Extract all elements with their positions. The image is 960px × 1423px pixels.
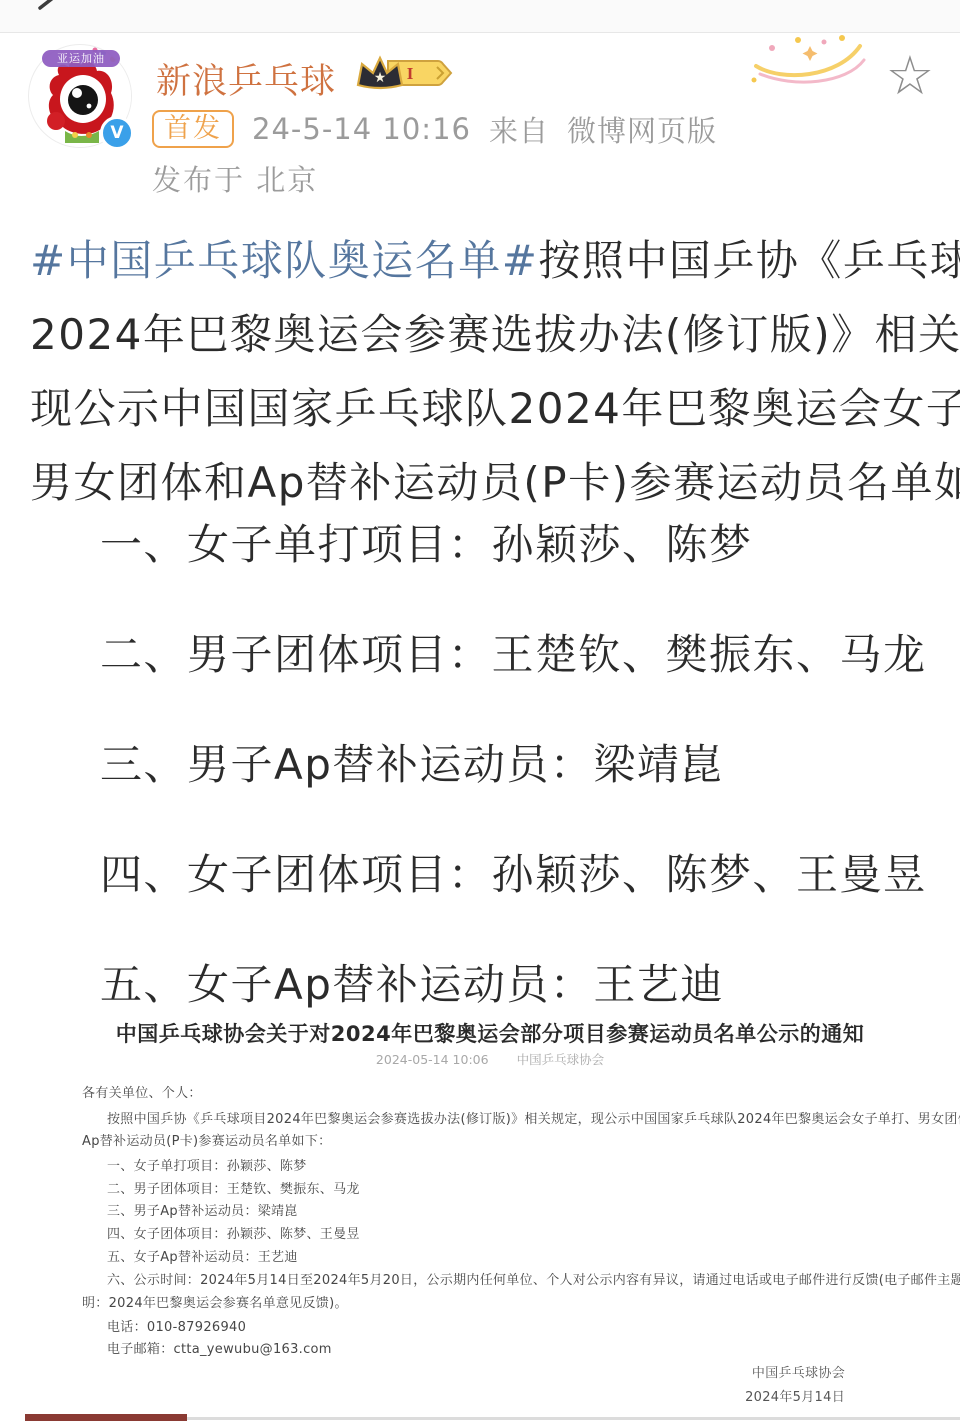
body-line-1: #中国乒乓球队奥运名单#按照中国乒协《乒乓球项目 <box>30 228 940 288</box>
doc-title: 中国乒乓球协会关于对2024年巴黎奥运会部分项目参赛运动员名单公示的通知 <box>60 1018 920 1048</box>
source-link[interactable]: 微博网页版 <box>567 109 717 150</box>
list-item: 一、女子单打项目：孙颖莎、陈梦 <box>100 512 940 572</box>
progress-bar-track <box>187 1417 960 1420</box>
doc-paragraph-1: 按照中国乒协《乒乓球项目2024年巴黎奥运会参赛选拔办法(修订版)》相关规定，现… <box>82 1108 898 1127</box>
vip-crown-badge[interactable]: I ★ <box>352 52 456 94</box>
doc-signature-org: 中国乒乓球协会 <box>82 1362 898 1381</box>
doc-meta: 2024-05-14 10:06中国乒乓球协会 <box>60 1050 920 1068</box>
doc-paragraph-2: Ap替补运动员(P卡)参赛运动员名单如下： <box>82 1130 898 1149</box>
doc-author: 中国乒乓球协会 <box>517 1052 605 1067</box>
source-prefix: 来自 <box>489 109 549 150</box>
doc-salutation: 各有关单位、个人： <box>82 1082 898 1101</box>
star-icon[interactable]: ☆ <box>882 48 938 104</box>
svg-text:★: ★ <box>374 70 387 86</box>
verified-badge-icon: V <box>100 116 134 150</box>
doc-list-item: 三、男子Ap替补运动员：梁靖崑 <box>82 1200 898 1219</box>
avatar-banner-label: 亚运加油 <box>42 50 120 67</box>
list-item: 五、女子Ap替补运动员：王艺迪 <box>100 952 940 1012</box>
doc-list-item: 六、公示时间：2024年5月14日至2024年5月20日，公示期内任何单位、个人… <box>82 1269 898 1288</box>
doc-list-item: 四、女子团体项目：孙颖莎、陈梦、王曼昱 <box>82 1223 898 1242</box>
body-line-2: 2024年巴黎奥运会参赛选拔办法(修订版)》相关规定， <box>30 302 940 362</box>
posted-location: 发布于 北京 <box>152 158 318 199</box>
timestamp: 24-5-14 10:16 <box>252 112 471 146</box>
doc-list-item: 五、女子Ap替补运动员：王艺迪 <box>82 1246 898 1265</box>
doc-item6-continuation: 明：2024年巴黎奥运会参赛名单意见反馈)。 <box>82 1292 898 1311</box>
first-release-badge: 首发 <box>152 110 234 148</box>
post-meta: 首发 24-5-14 10:16 来自 微博网页版 <box>152 108 717 150</box>
vip-crown-icon: I ★ <box>352 52 456 94</box>
doc-email: 电子邮箱：ctta_yewubu@163.com <box>82 1338 898 1357</box>
doc-list-item: 二、男子团体项目：王楚钦、樊振东、马龙 <box>82 1178 898 1197</box>
doc-signature-date: 2024年5月14日 <box>82 1386 898 1405</box>
progress-bar[interactable] <box>25 1414 187 1421</box>
body-line-1-text: 按照中国乒协《乒乓球项目 <box>538 236 960 285</box>
list-item: 三、男子Ap替补运动员：梁靖崑 <box>100 732 940 792</box>
svg-text:I: I <box>407 64 414 83</box>
username[interactable]: 新浪乒乓球 <box>156 54 336 104</box>
list-item: 四、女子团体项目：孙颖莎、陈梦、王曼昱 <box>100 842 940 902</box>
body-line-4: 男女团体和Ap替补运动员(P卡)参赛运动员名单如下： <box>30 450 940 510</box>
doc-date: 2024-05-14 10:06 <box>376 1052 489 1067</box>
weibo-post-screen: 亚运加油 V 新浪乒乓球 I ★ 首发 24-5-14 10:16 来自 微博网… <box>0 0 960 1423</box>
back-button[interactable] <box>30 0 70 14</box>
hashtag-link[interactable]: #中国乒乓球队奥运名单# <box>30 236 538 285</box>
sparkle-decoration-icon <box>742 28 872 90</box>
avatar[interactable]: 亚运加油 V <box>28 44 132 148</box>
list-item: 二、男子团体项目：王楚钦、樊振东、马龙 <box>100 622 940 682</box>
doc-list-item: 一、女子单打项目：孙颖莎、陈梦 <box>82 1155 898 1174</box>
body-line-3: 现公示中国国家乒乓球队2024年巴黎奥运会女子单打、 <box>30 376 940 436</box>
doc-phone: 电话：010-87926940 <box>82 1316 898 1335</box>
notice-document-image[interactable]: 中国乒乓球协会关于对2024年巴黎奥运会部分项目参赛运动员名单公示的通知 202… <box>60 1008 920 1408</box>
back-icon <box>30 0 70 14</box>
